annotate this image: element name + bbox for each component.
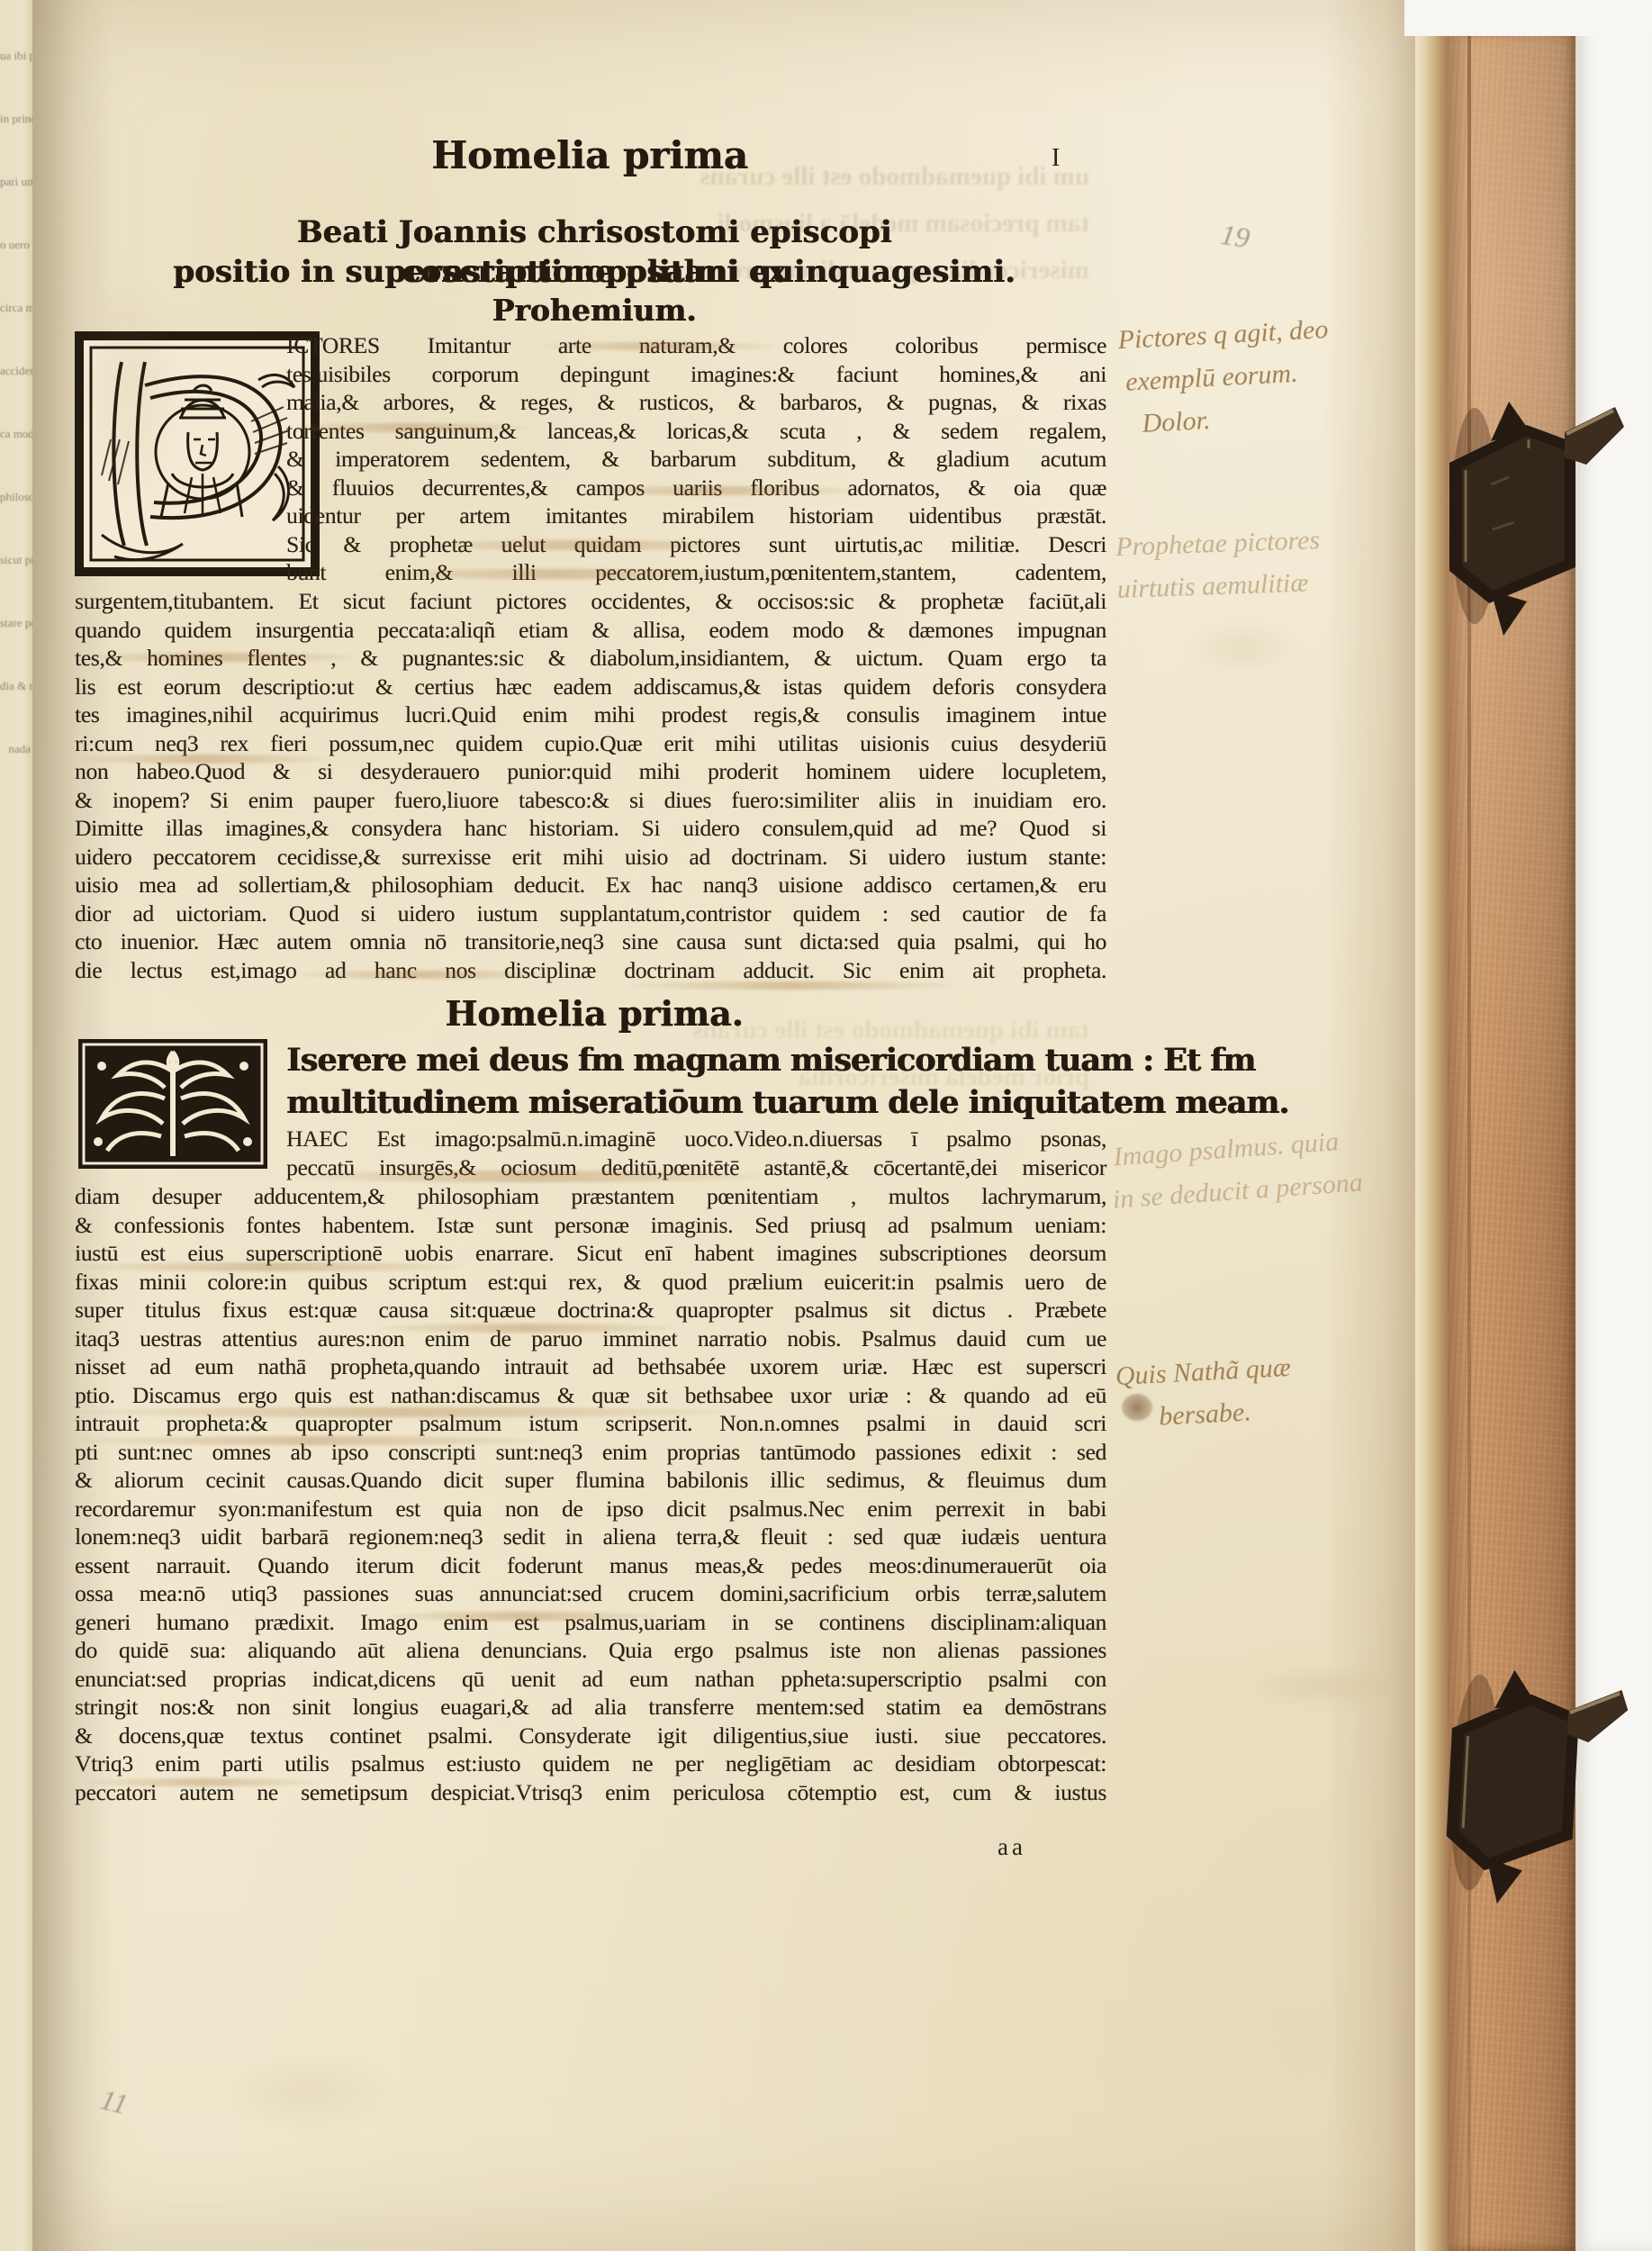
text-line: super titulus fixus est:quæ causa sit:qu… [75, 1296, 1106, 1324]
text-line: & inopem? Si enim pauper fuero,liuore ta… [75, 786, 1106, 815]
ink-smudge [77, 1436, 546, 1445]
running-title: Homelia prima [378, 135, 801, 176]
text-line: Vtriq3 enim parti utilis psalmus est:ius… [75, 1749, 1106, 1778]
margin-annotation: Pictores q agit, deoexemplū eorum.Dolor. [1116, 308, 1333, 446]
ink-blot [1122, 1394, 1152, 1421]
paper-stain [1188, 621, 1296, 675]
ink-smudge [77, 1262, 465, 1271]
text-line: nada [0, 742, 31, 756]
text-line: tes,uisibiles corporum depingunt imagine… [286, 360, 1106, 389]
margin-annotation: Imago psalmus. quiain se deducit a perso… [1112, 1119, 1364, 1221]
homily-text: diam desuper adducentem,& philosophiam p… [75, 1182, 1106, 1806]
section-heading-prohemium: Prohemium. [126, 292, 1062, 330]
text-line: ca modium [0, 427, 31, 441]
text-line: die lectus est,imago ad hanc nos discipl… [75, 956, 1106, 985]
ink-smudge [297, 1171, 765, 1182]
paper-stain [216, 2053, 396, 2134]
paper-stain [81, 270, 180, 504]
margin-annotation: Prophetae pictoresuirtutis aemulitiæ [1115, 519, 1322, 610]
ink-smudge [540, 342, 774, 350]
text-line: fixas minii colore:in quibus scriptum es… [75, 1268, 1106, 1297]
text-line: ossa mea:nō utiq3 passiones suas annunci… [75, 1579, 1106, 1608]
text-line: stringit nos:& non sinit longius euagari… [75, 1693, 1106, 1722]
text-line: philosophā [0, 490, 31, 504]
text-line: uidero peccatorem cecidisse,& surrexisse… [75, 843, 1106, 872]
text-line: o uero noibus [0, 238, 31, 252]
ink-smudge [378, 1324, 675, 1333]
text-line: multitudinem miseratiōum tuarum dele ini… [286, 1081, 1106, 1124]
ink-smudge [378, 569, 738, 579]
text-line: bersabe. [1158, 1388, 1294, 1438]
ink-smudge [297, 971, 549, 979]
psalm-verse: Iserere mei deus fm magnam misericordiam… [286, 1039, 1106, 1124]
text-line: in principio [0, 112, 31, 126]
text-line: dior ad uictoriam. Quod si uidero iustum… [75, 899, 1106, 928]
ink-smudge [288, 423, 531, 432]
text-line: & confessionis fontes habentem. Istæ sun… [75, 1211, 1106, 1240]
ink-smudge [630, 981, 954, 990]
text-line: do quidē sua: aliquando aūt aliena denun… [75, 1636, 1106, 1665]
leather-crease [1467, 31, 1471, 2251]
text-line: lonem:neq3 uidit barbarā regionem:neq3 s… [75, 1523, 1106, 1551]
text-line: surgentem,titubantem. Et sicut faciunt p… [75, 587, 1106, 616]
text-line: sicut prædi [0, 553, 31, 567]
text-line: uidentur per artem imitantes mirabilem h… [286, 502, 1106, 530]
text-line: Dimitte illas imagines,& consydera hanc … [75, 814, 1106, 843]
text-line: recordaremur syon:manifestum est quia no… [75, 1495, 1106, 1523]
ink-smudge [77, 1407, 726, 1417]
woodcut-initial-M [75, 1035, 271, 1172]
ink-smudge [77, 755, 329, 764]
ink-smudge [387, 1612, 657, 1621]
text-line: cto inuenior. Hæc autem omnia nō transit… [75, 927, 1106, 956]
book-photograph: ua ibi pugin principiopari unio uero noi… [0, 0, 1652, 2251]
text-line: diam desuper adducentem,& philosophiam p… [75, 1182, 1106, 1211]
signature-mark: aa [998, 1833, 1026, 1861]
text-line: circa modum [0, 301, 31, 315]
text-line: lis est eorum descriptio:ut & certius hæ… [75, 673, 1106, 701]
text-line: enunciat:sed proprias indicat,dicens qū … [75, 1665, 1106, 1694]
text-line: & docens,quæ textus continet psalmi. Con… [75, 1722, 1106, 1750]
text-line: & imperatorem sedentem, & barbarum subdi… [286, 445, 1106, 474]
folio-number: I [1052, 144, 1061, 173]
brass-clasp-bottom [1431, 1641, 1634, 1921]
text-line: uirtutis aemulitiæ [1116, 561, 1322, 610]
text-line: & aliorum cecinit causas.Quando dicit su… [75, 1466, 1106, 1495]
paper-stain [1242, 1666, 1395, 1707]
text-line: ua ibi pug [0, 49, 31, 63]
text-line: tes imagines,nihil acquirimus lucri.Quid… [75, 701, 1106, 729]
text-line: essent narrauit. Quando iterum dicit fod… [75, 1551, 1106, 1580]
brass-clasp-top [1439, 376, 1628, 646]
margin-annotation: Quis Nathã quæbersabe. [1115, 1346, 1295, 1440]
text-line: Prophetae pictores [1115, 519, 1320, 568]
text-line: HAEC Est imago:psalmū.n.imaginē uoco.Vid… [286, 1125, 1106, 1153]
photo-backdrop-top [1404, 0, 1652, 36]
ink-smudge [86, 653, 356, 662]
text-line: dia & remi [0, 679, 31, 693]
text-line: malia,& arbores, & reges, & rusticos, & … [286, 388, 1106, 417]
text-line: pari uni [0, 175, 31, 189]
text-line: quando quidem insurgentia peccata:aliqñ … [75, 616, 1106, 645]
homily-heading: Homelia prima. [126, 994, 1062, 1034]
title-line-2: positio in superscriptione psalmi quinqu… [126, 252, 1062, 292]
pencil-mark: 19 [1218, 218, 1251, 256]
text-line: ri:cum neq3 rex fieri possum,nec quidem … [75, 729, 1106, 758]
text-line: accidens [0, 364, 31, 378]
text-line: nisset ad eum nathā propheta,quando intr… [75, 1352, 1106, 1381]
text-line: Iserere mei deus fm magnam misericordiam… [286, 1039, 1106, 1081]
ink-smudge [576, 486, 864, 495]
text-line: stare possu [0, 616, 31, 630]
leather-cover-edge [1448, 31, 1575, 2251]
ink-smudge [86, 1778, 320, 1786]
text-line: ptio. Discamus ergo quis est nathan:disc… [75, 1381, 1106, 1410]
prohemium-text: surgentem,titubantem. Et sicut faciunt p… [75, 587, 1106, 984]
text-line: uisio mea ad sollertiam,& philosophiam d… [75, 871, 1106, 899]
ink-smudge [423, 540, 747, 550]
facing-leaf-edge: ua ibi pugin principiopari unio uero noi… [0, 0, 32, 2251]
page-block-edges [1415, 0, 1448, 2251]
